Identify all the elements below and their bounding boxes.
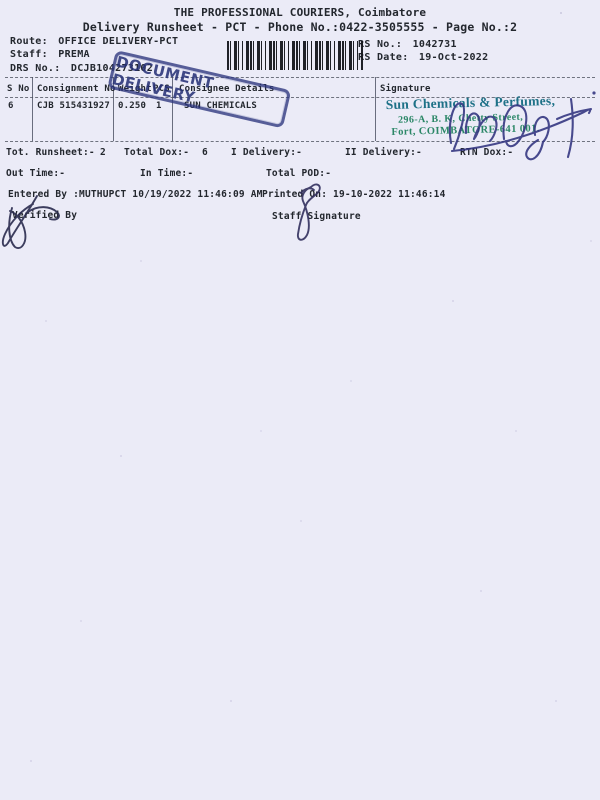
staff-signature-label: Staff Signature xyxy=(272,211,361,222)
runsheet-subtitle: Delivery Runsheet - PCT - Phone No.:0422… xyxy=(0,20,600,34)
row-pcs: 1 xyxy=(156,101,162,111)
header-s-no: S No xyxy=(7,84,29,94)
verified-by-label: Verified By xyxy=(12,210,77,221)
consignee-stamp-name: Sun Chemicals & Perfumes, xyxy=(386,93,556,113)
row-weight: 0.250 xyxy=(118,101,146,111)
row-consignment-no: CJB 515431927 xyxy=(37,101,110,111)
consignee-address-stamp: Sun Chemicals & Perfumes, 296-A, B. K, C… xyxy=(386,93,556,138)
ii-delivery-label: II Delivery:- xyxy=(345,147,422,158)
header-consignment-no: Consignment No xyxy=(37,84,116,94)
total-pod-label: Total POD:- xyxy=(266,168,331,179)
paper-speckles xyxy=(0,0,2,2)
route-line: Route: OFFICE DELIVERY-PCT xyxy=(10,36,178,47)
staff-label: Staff: xyxy=(10,49,48,60)
in-time-label: In Time:- xyxy=(140,168,193,179)
header-signature: Signature xyxy=(380,84,431,94)
column-divider xyxy=(375,77,376,141)
out-time-label: Out Time:- xyxy=(6,168,65,179)
route-value: OFFICE DELIVERY-PCT xyxy=(58,36,178,47)
i-delivery-label: I Delivery:- xyxy=(231,147,302,158)
total-dox-label: Total Dox:- xyxy=(124,147,189,158)
row-s-no: 6 xyxy=(8,101,14,111)
rs-no-line: RS No.: 1042731 xyxy=(358,39,457,50)
verified-by-signature-ink xyxy=(3,196,59,248)
barcode-icon xyxy=(227,41,363,70)
printed-on-line: Printed On: 19-10-2022 11:46:14 xyxy=(262,189,446,200)
total-dox-value: 6 xyxy=(202,147,208,158)
rs-date-line: RS Date: 19-Oct-2022 xyxy=(358,52,488,63)
rs-no-label: RS No.: xyxy=(358,39,402,50)
staff-line: Staff: PREMA xyxy=(10,49,90,60)
staff-value: PREMA xyxy=(58,49,90,60)
rs-date-value: 19-Oct-2022 xyxy=(419,52,489,63)
entered-by-line: Entered By :MUTHUPCT 10/19/2022 11:46:09… xyxy=(8,189,263,200)
route-label: Route: xyxy=(10,36,48,47)
runsheet-total-label: Tot. Runsheet:- xyxy=(6,147,95,158)
column-divider xyxy=(32,77,33,141)
rs-date-label: RS Date: xyxy=(358,52,409,63)
runsheet-total-value: 2 xyxy=(100,147,106,158)
drs-label: DRS No.: xyxy=(10,63,61,74)
scanned-delivery-runsheet: THE PROFESSIONAL COURIERS, Coimbatore De… xyxy=(0,0,600,800)
table-top-rule xyxy=(5,77,595,78)
company-title: THE PROFESSIONAL COURIERS, Coimbatore xyxy=(0,6,600,19)
table-bottom-rule xyxy=(5,141,595,142)
rs-no-value: 1042731 xyxy=(413,39,457,50)
rtn-dox-label: RTN Dox:- xyxy=(460,147,513,158)
